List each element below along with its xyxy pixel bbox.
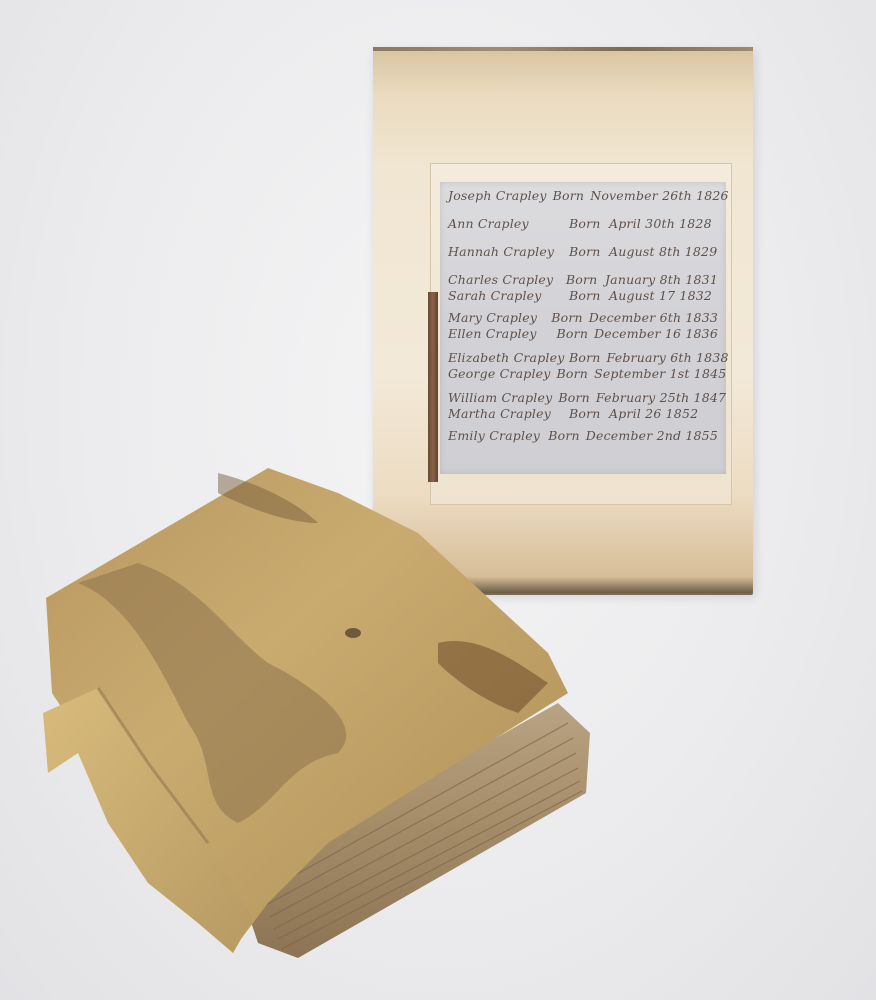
record-entry: George CrapleyBornSeptember 1st 1845 [448, 366, 718, 382]
record-entry: Ellen CrapleyBornDecember 16 1836 [448, 326, 718, 342]
record-entry: William CrapleyBornFebruary 25th 1847 [448, 390, 718, 406]
record-entry: Sarah CrapleyBornAugust 17 1832 [448, 288, 718, 304]
record-entry: Elizabeth CrapleyBornFebruary 6th 1838 [448, 350, 718, 366]
book-illustration [38, 463, 598, 963]
record-entry: Mary CrapleyBornDecember 6th 1833 [448, 310, 718, 326]
antique-vellum-book [38, 463, 598, 963]
record-entry: Joseph CrapleyBornNovember 26th 1826 [448, 188, 718, 204]
photo-scene: Joseph CrapleyBornNovember 26th 1826 Ann… [0, 0, 876, 1000]
record-entry: Charles CrapleyBornJanuary 8th 1831 [448, 272, 718, 288]
record-entry: Martha CrapleyBornApril 26 1852 [448, 406, 718, 422]
record-entry: Hannah CrapleyBornAugust 8th 1829 [448, 244, 718, 260]
record-entry: Emily CrapleyBornDecember 2nd 1855 [448, 428, 718, 444]
record-entry: Ann CrapleyBornApril 30th 1828 [448, 216, 718, 232]
handwritten-birth-record: Joseph CrapleyBornNovember 26th 1826 Ann… [440, 182, 726, 474]
